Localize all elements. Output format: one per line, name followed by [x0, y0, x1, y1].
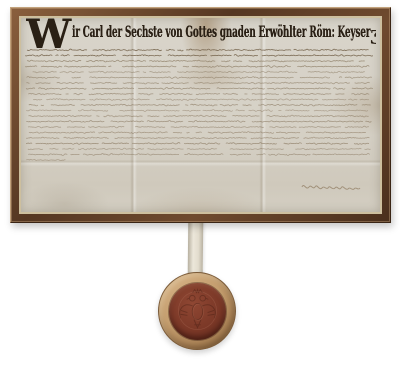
double-headed-eagle-impression [169, 283, 226, 340]
heading-flourish: ʒ [370, 18, 376, 45]
wooden-seal-capsule [158, 272, 236, 350]
heading-initial-letter: W [26, 18, 71, 48]
signature-squiggle [300, 178, 366, 192]
parchment-tag-strip [188, 214, 204, 278]
parchment-charter: W ir Carl der Sechste von Gottes gnaden … [21, 18, 380, 212]
charter-heading-text: ir Carl der Sechste von Gottes gnaden Er… [72, 18, 370, 41]
manuscript-body-text [24, 47, 373, 161]
charter-heading: W ir Carl der Sechste von Gottes gnaden … [26, 18, 376, 48]
red-wax-seal [169, 283, 226, 340]
framed-charter: W ir Carl der Sechste von Gottes gnaden … [10, 7, 391, 223]
gilt-sight-edge: W ir Carl der Sechste von Gottes gnaden … [19, 16, 382, 214]
catalog-photo-background: W ir Carl der Sechste von Gottes gnaden … [0, 0, 400, 365]
